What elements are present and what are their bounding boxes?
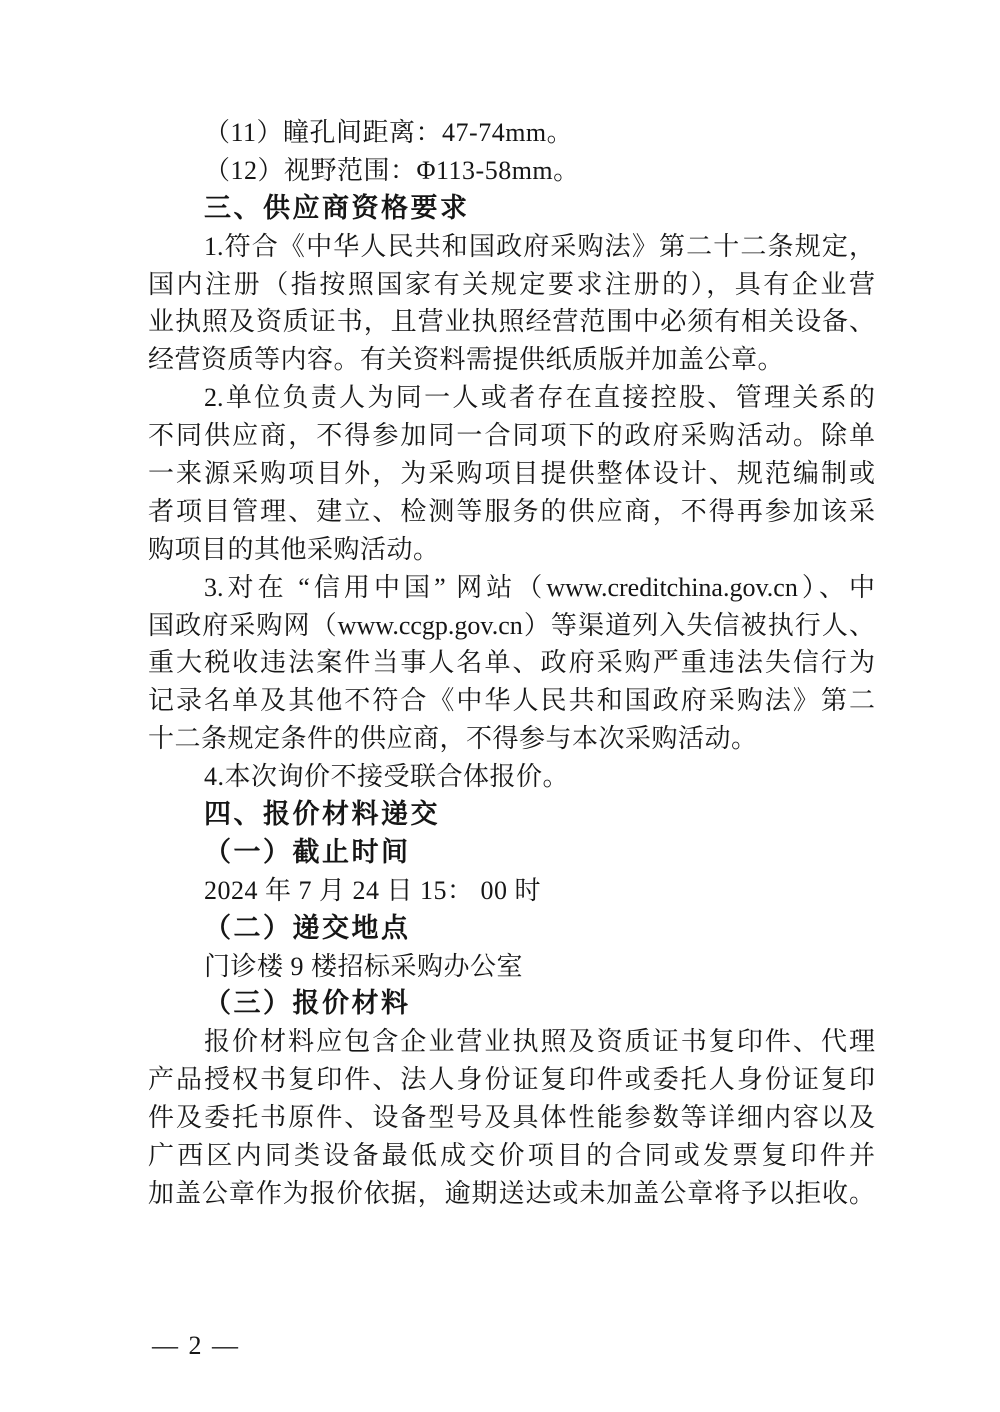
document-body: （11）瞳孔间距离：47-74mm。 （12）视野范围：Φ113-58mm。 三…	[148, 114, 875, 1213]
para-supplier-2-line: 一来源采购项目外，为采购项目提供整体设计、规范编制或	[148, 455, 875, 493]
para-supplier-1-line: 业执照及资质证书，且营业执照经营范围中必须有相关设备、	[148, 303, 875, 341]
para-materials-line: 产品授权书复印件、法人身份证复印件或委托人身份证复印	[148, 1061, 875, 1099]
para-supplier-2-line: 不同供应商，不得参加同一合同项下的政府采购活动。除单	[148, 417, 875, 455]
para-supplier-4-line: 4.本次询价不接受联合体报价。	[148, 758, 875, 796]
para-supplier-2-line: 2.单位负责人为同一人或者存在直接控股、管理关系的	[148, 379, 875, 417]
para-supplier-3-line: 重大税收违法案件当事人名单、政府采购严重违法失信行为	[148, 644, 875, 682]
para-supplier-1-line: 国内注册（指按照国家有关规定要求注册的），具有企业营	[148, 266, 875, 304]
para-materials-line: 报价材料应包含企业营业执照及资质证书复印件、代理	[148, 1023, 875, 1061]
para-materials-line: 广西区内同类设备最低成交价项目的合同或发票复印件并	[148, 1137, 875, 1175]
section-heading-supplier-qualifications: 三、供应商资格要求	[148, 190, 875, 228]
subsection-heading-deadline: （一）截止时间	[148, 834, 875, 872]
deadline-value: 2024 年 7 月 24 日 15： 00 时	[148, 872, 875, 910]
para-supplier-1-line: 1.符合《中华人民共和国政府采购法》第二十二条规定，	[148, 228, 875, 266]
subsection-heading-quotation-materials: （三）报价材料	[148, 985, 875, 1023]
para-supplier-1-line: 经营资质等内容。有关资料需提供纸质版并加盖公章。	[148, 341, 875, 379]
spec-item-11: （11）瞳孔间距离：47-74mm。	[148, 114, 875, 152]
para-materials-line: 件及委托书原件、设备型号及具体性能参数等详细内容以及	[148, 1099, 875, 1137]
subsection-heading-delivery-location: （二）递交地点	[148, 910, 875, 948]
spec-item-12: （12）视野范围：Φ113-58mm。	[148, 152, 875, 190]
para-supplier-2-line: 购项目的其他采购活动。	[148, 531, 875, 569]
para-supplier-3-line: 国政府采购网（www.ccgp.gov.cn）等渠道列入失信被执行人、	[148, 607, 875, 645]
para-materials-line: 加盖公章作为报价依据，逾期送达或未加盖公章将予以拒收。	[148, 1175, 875, 1213]
para-supplier-3-line: 记录名单及其他不符合《中华人民共和国政府采购法》第二	[148, 682, 875, 720]
para-supplier-2-line: 者项目管理、建立、检测等服务的供应商，不得再参加该采	[148, 493, 875, 531]
para-supplier-3-line: 十二条规定条件的供应商，不得参与本次采购活动。	[148, 720, 875, 758]
delivery-location-value: 门诊楼 9 楼招标采购办公室	[148, 948, 875, 986]
section-heading-quotation-submission: 四、报价材料递交	[148, 796, 875, 834]
para-supplier-3-line: 3.对在 “信用中国” 网站（www.creditchina.gov.cn）、中	[148, 569, 875, 607]
document-page: （11）瞳孔间距离：47-74mm。 （12）视野范围：Φ113-58mm。 三…	[0, 0, 1000, 1412]
page-number: — 2 —	[152, 1330, 240, 1362]
